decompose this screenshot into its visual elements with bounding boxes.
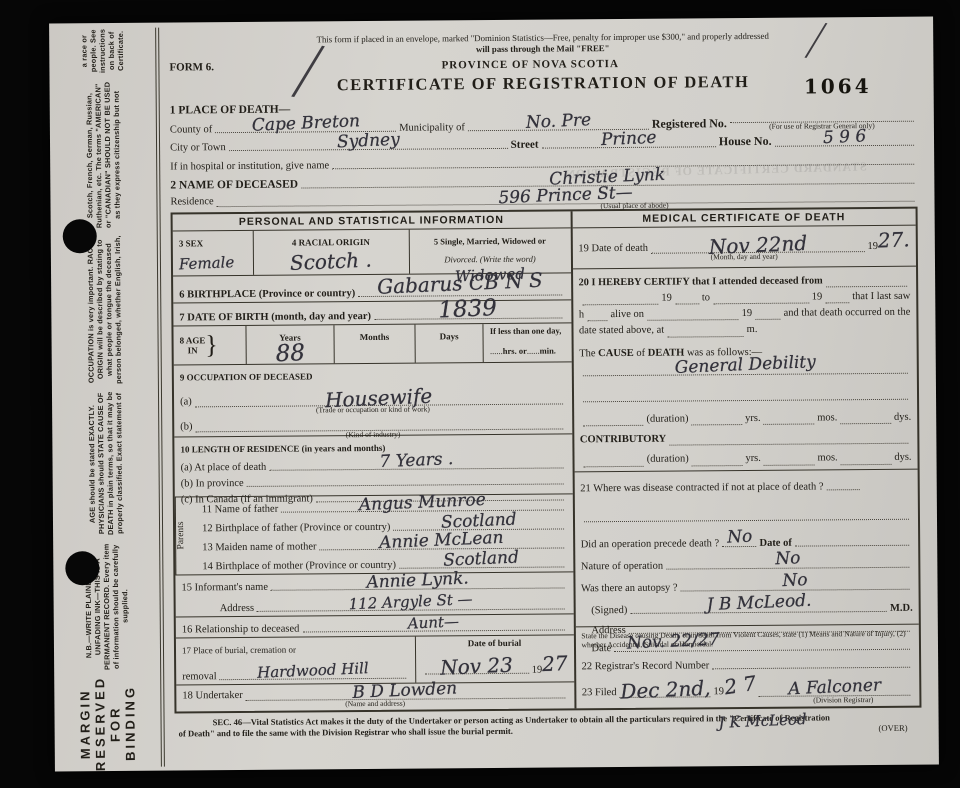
residence-field: 596 Prince St— (Usual place of abode) (217, 188, 915, 207)
death-date-row: 19 Date of death Nov 22nd 19 27. (Month,… (572, 226, 916, 270)
informant-field: Annie Lynk. (271, 574, 564, 590)
birthplace-label: 6 BIRTHPLACE (Province or country) (179, 288, 355, 300)
name-of-deceased-label: 2 NAME OF DECEASED (170, 179, 298, 192)
informant-address-label: Address (182, 603, 255, 615)
days-label: Days (440, 331, 459, 341)
registered-no-label: Registered No. (652, 116, 727, 132)
stated-label: date stated above, at (579, 323, 664, 340)
binding-margin: MARGIN RESERVED FOR BINDING N.B.—WRITE P… (49, 23, 161, 772)
occupation-b-label: (b) (180, 421, 192, 432)
mother-label: 13 Maiden name of mother (202, 541, 316, 553)
mother-birthplace-value: Scotland (443, 550, 519, 569)
informant-value: Annie Lynk. (366, 571, 469, 591)
nature-value: No (775, 551, 801, 567)
city-field: Sydney (229, 135, 508, 151)
md-date-field: Nov. 22/27 (614, 635, 910, 651)
md-label: M.D. (890, 602, 913, 613)
q21-label: 21 Where was disease contracted if not a… (580, 481, 823, 494)
occupation-a-label: (a) (180, 396, 192, 407)
nature-label: Nature of operation (581, 560, 663, 572)
hospital-label: If in hospital or institution, give name (170, 160, 329, 172)
cause-field: General Debility (582, 360, 908, 377)
sex-label: 3 SEX (179, 238, 203, 248)
contributory-field (669, 430, 908, 446)
months-label: Months (360, 332, 390, 342)
length-residence-row: 10 LENGTH OF RESIDENCE (in years and mon… (174, 434, 572, 497)
burial-place-cell: 17 Place of burial, cremation or removal… (176, 636, 416, 684)
record-number-label: 22 Registrar's Record Number (582, 660, 710, 672)
checkmark-icon: ⟋ (804, 16, 828, 70)
birthplace-field: Gabarus CB N S (358, 282, 562, 298)
nature-field: No (666, 553, 909, 569)
months-cell: Months (335, 324, 416, 363)
city-label: City or Town (170, 142, 226, 153)
informant-row: 15 Informant's name Annie Lynk. Address … (175, 572, 573, 617)
death-date-value: Nov 22nd (708, 234, 807, 256)
year-pre: 19 (742, 306, 753, 322)
years-value: 88 (275, 343, 305, 365)
sec46-footer: SEC. 46—Vital Statistics Act makes it th… (175, 712, 922, 739)
certify-field-1 (826, 273, 908, 288)
signed-value: J B McLeod. (706, 593, 811, 613)
nb-line-4: Scotch, French, German, Russian, Rutheni… (84, 81, 122, 229)
relationship-field: Aunt— (302, 616, 564, 632)
mos-label: mos. (817, 451, 837, 467)
house-no-value: 5 9 6 (822, 129, 866, 146)
undertaker-row: 18 Undertaker B D Lowden (Name and addre… (176, 682, 574, 711)
informant-address-field: 112 Argyle St — (257, 595, 564, 611)
binding-label: MARGIN RESERVED FOR BINDING (77, 676, 138, 772)
dateof-label: Date of (759, 537, 791, 548)
burial-date-value: Nov 23 (440, 655, 513, 676)
autopsy-field: No (680, 575, 909, 591)
envelope-note-line1: This form if placed in an envelope, mark… (317, 31, 769, 45)
to-label: to (702, 290, 710, 306)
house-no-label: House No. (719, 134, 772, 149)
age-cell: 8 AGEIN } (173, 326, 245, 365)
relationship-label: 16 Relationship to deceased (182, 623, 300, 635)
m-label: m. (747, 322, 758, 338)
burial-place-field: Hardwood Hill (220, 664, 406, 679)
filed-year-pre: 19 (713, 686, 724, 697)
mother-field: Annie McLean (319, 534, 563, 550)
filed-year-value: 2 7 (723, 674, 757, 696)
burial-date-field: Nov 23 (425, 659, 529, 674)
death-date-field: Nov 22nd (651, 238, 865, 254)
days-cell: Days (415, 324, 484, 363)
municipality-label: Municipality of (399, 122, 465, 134)
father-field: Angus Munroe (281, 496, 563, 512)
alive-label: alive on (610, 307, 644, 324)
yrs-label: yrs. (745, 451, 761, 467)
dys-label: dys. (894, 450, 911, 466)
mos-label: mos. (817, 410, 837, 426)
dys-label: dys. (894, 410, 911, 426)
burial-label-2: removal (182, 671, 216, 682)
residence-a-field: 7 Years . (269, 454, 563, 470)
filed-label: 23 Filed (582, 687, 617, 698)
father-value: Angus Munroe (359, 493, 486, 514)
residence-a-label: (a) At place of death (181, 462, 267, 474)
registrar-signature-field: A Falconer (759, 681, 911, 696)
street-label: Street (511, 139, 539, 151)
contributory-label: CONTRIBUTORY (580, 432, 667, 449)
undertaker-value: B D Lowden (353, 681, 458, 701)
year-pre: 19 (661, 290, 672, 306)
occupation-row: 9 OCCUPATION OF DECEASED (a) Housewife (… (174, 362, 572, 437)
municipality-value: No. Pre (525, 113, 591, 131)
length-residence-label: 10 LENGTH OF RESIDENCE (in years and mon… (180, 443, 385, 455)
yrs-label: yrs. (745, 411, 761, 427)
envelope-note-line2: will pass through the Mail "FREE" (476, 43, 610, 54)
burial-date-label: Date of burial (421, 637, 567, 648)
punch-hole-top (63, 219, 97, 253)
residence-label: Residence (170, 196, 213, 207)
signed-field: J B McLeod. (630, 598, 887, 614)
certify-block: 20 I HEREBY CERTIFY that I attended dece… (573, 267, 918, 473)
undertaker-field: B D Lowden (246, 684, 565, 701)
parents-row: Parents 11 Name of father Angus Munroe 1… (175, 494, 573, 575)
lastsaw-label: that I last saw (852, 289, 910, 306)
house-no-field: 5 9 6 (774, 132, 914, 147)
sex-cell: 3 SEX Female (173, 231, 254, 276)
registrar-signature: A Falconer (788, 678, 881, 697)
occupation-a-value: Housewife (325, 386, 433, 409)
certificate-sheet: MARGIN RESERVED FOR BINDING N.B.—WRITE P… (49, 17, 939, 772)
burial-year-value: 27 (542, 654, 568, 673)
burial-label-1: 17 Place of burial, cremation or (182, 644, 296, 655)
medical-section: MEDICAL CERTIFICATE OF DEATH 19 Date of … (572, 209, 919, 709)
nb-line-5: a race or people. See instructions on ba… (79, 23, 125, 79)
sec46-line2: of Death" and to file the same with the … (179, 726, 513, 739)
filed-date-value: Dec 2nd, (620, 678, 711, 700)
h-label: h (579, 307, 584, 323)
city-value: Sydney (336, 133, 399, 151)
racial-origin-cell: 4 RACIAL ORIGIN Scotch . (253, 230, 409, 275)
marital-label-2: Divorced. (Write the word) (444, 254, 536, 265)
undertaker-label: 18 Undertaker (182, 690, 242, 701)
duration-label: (duration) (646, 411, 688, 428)
county-label: County of (170, 124, 212, 135)
operation-field: No (722, 533, 756, 547)
form-body: ⟋ ⟋ 1064 STANDARD CERTIFICATE OF REGISTR… (155, 22, 932, 767)
nb-line-2: AGE should be stated EXACTLY. PHYSICIANS… (87, 389, 125, 537)
dob-value: 1839 (438, 298, 497, 321)
father-label: 11 Name of father (202, 503, 278, 515)
occupation-b-field (195, 415, 562, 432)
occupation-label: 9 OCCUPATION OF DECEASED (180, 371, 313, 382)
age-row: 8 AGEIN } Years 88 Months Days If less t (173, 323, 571, 365)
street-value: Prince (601, 131, 657, 149)
checkmark-icon: ⟋ (291, 35, 326, 115)
less-than-day-label: If less than one day, (490, 325, 562, 336)
dob-row: 7 DATE OF BIRTH (month, day and year) 18… (173, 301, 571, 326)
autopsy-value: No (782, 573, 808, 589)
registration-number-stamp: 1064 (804, 74, 872, 99)
informant-address-value: 112 Argyle St — (348, 593, 472, 612)
record-number-field (712, 653, 910, 669)
father-birthplace-label: 12 Birthplace of father (Province or cou… (202, 522, 390, 534)
death-date-year-pre: 19 (867, 241, 878, 252)
racial-origin-value: Scotch . (290, 251, 372, 272)
burial-date-cell: Date of burial Nov 23 19 27 (415, 635, 573, 682)
street-field: Prince (541, 133, 715, 148)
min-label: min. (540, 345, 556, 355)
autopsy-label: Was there an autopsy ? (581, 582, 678, 594)
form-number: FORM 6. (169, 61, 214, 73)
burial-year-pre: 19 (532, 664, 543, 675)
form-table: PERSONAL AND STATISTICAL INFORMATION 3 S… (171, 207, 922, 714)
footer-signature: J K McLeod (718, 713, 806, 730)
mother-birthplace-field: Scotland (399, 553, 564, 568)
residence-b-field (247, 470, 564, 486)
over-label: (OVER) (878, 722, 917, 733)
age-label: 8 AGEIN (180, 335, 206, 355)
filed-date-field: Dec 2nd, (619, 683, 710, 698)
occupation-a-field: Housewife (195, 390, 563, 407)
death-date-label: 19 Date of death (578, 243, 648, 255)
birthplace-value: Gabarus CB N S (377, 271, 543, 296)
operation-block: 21 Where was disease contracted if not a… (574, 469, 919, 627)
operation-value: No (726, 529, 752, 545)
residence-note: (Usual place of abode) (600, 202, 668, 211)
hrs-label: hrs. or (503, 345, 527, 355)
punch-hole-bottom (65, 551, 99, 585)
dob-label: 7 DATE OF BIRTH (month, day and year) (179, 311, 371, 324)
mother-birthplace-label: 14 Birthplace of mother (Province or cou… (202, 559, 396, 572)
racial-origin-label: 4 RACIAL ORIGIN (292, 237, 370, 248)
marital-label-1: 5 Single, Married, Widowed or (434, 236, 546, 247)
burial-place-value: Hardwood Hill (257, 662, 369, 680)
residence-a-value: 7 Years . (379, 452, 453, 470)
occurred-label: and that death occurred on the (783, 305, 910, 322)
certify-label: 20 I HEREBY CERTIFY that I attended dece… (579, 273, 823, 291)
informant-label: 15 Informant's name (181, 582, 268, 594)
age-brace: } (205, 330, 218, 360)
death-date-year-value: 27. (878, 230, 911, 249)
burial-row: 17 Place of burial, cremation or removal… (176, 635, 574, 685)
personal-section: PERSONAL AND STATISTICAL INFORMATION 3 S… (173, 211, 576, 711)
marital-cell: 5 Single, Married, Widowed or Divorced. … (409, 228, 570, 273)
year-pre: 19 (812, 289, 823, 305)
operation-label: Did an operation precede death ? (581, 538, 720, 550)
years-cell: Years 88 (245, 325, 335, 364)
less-than-day-cell: If less than one day, ......hrs. or.....… (484, 323, 571, 362)
signed-label: (Signed) (581, 605, 627, 616)
parents-label: Parents (175, 497, 197, 574)
cause-value: General Debility (674, 355, 816, 376)
relationship-value: Aunt— (407, 615, 459, 631)
md-date-value: Nov. 22/27 (627, 632, 720, 651)
residence-b-label: (b) In province (181, 478, 244, 489)
sex-value: Female (179, 256, 235, 272)
birthplace-row: 6 BIRTHPLACE (Province or country) Gabar… (173, 273, 571, 304)
duration-label: (duration) (647, 452, 689, 469)
nb-line-3: OCCUPATION is very important. RACIAL ORI… (85, 232, 123, 387)
dob-field: 1839 (374, 304, 562, 319)
